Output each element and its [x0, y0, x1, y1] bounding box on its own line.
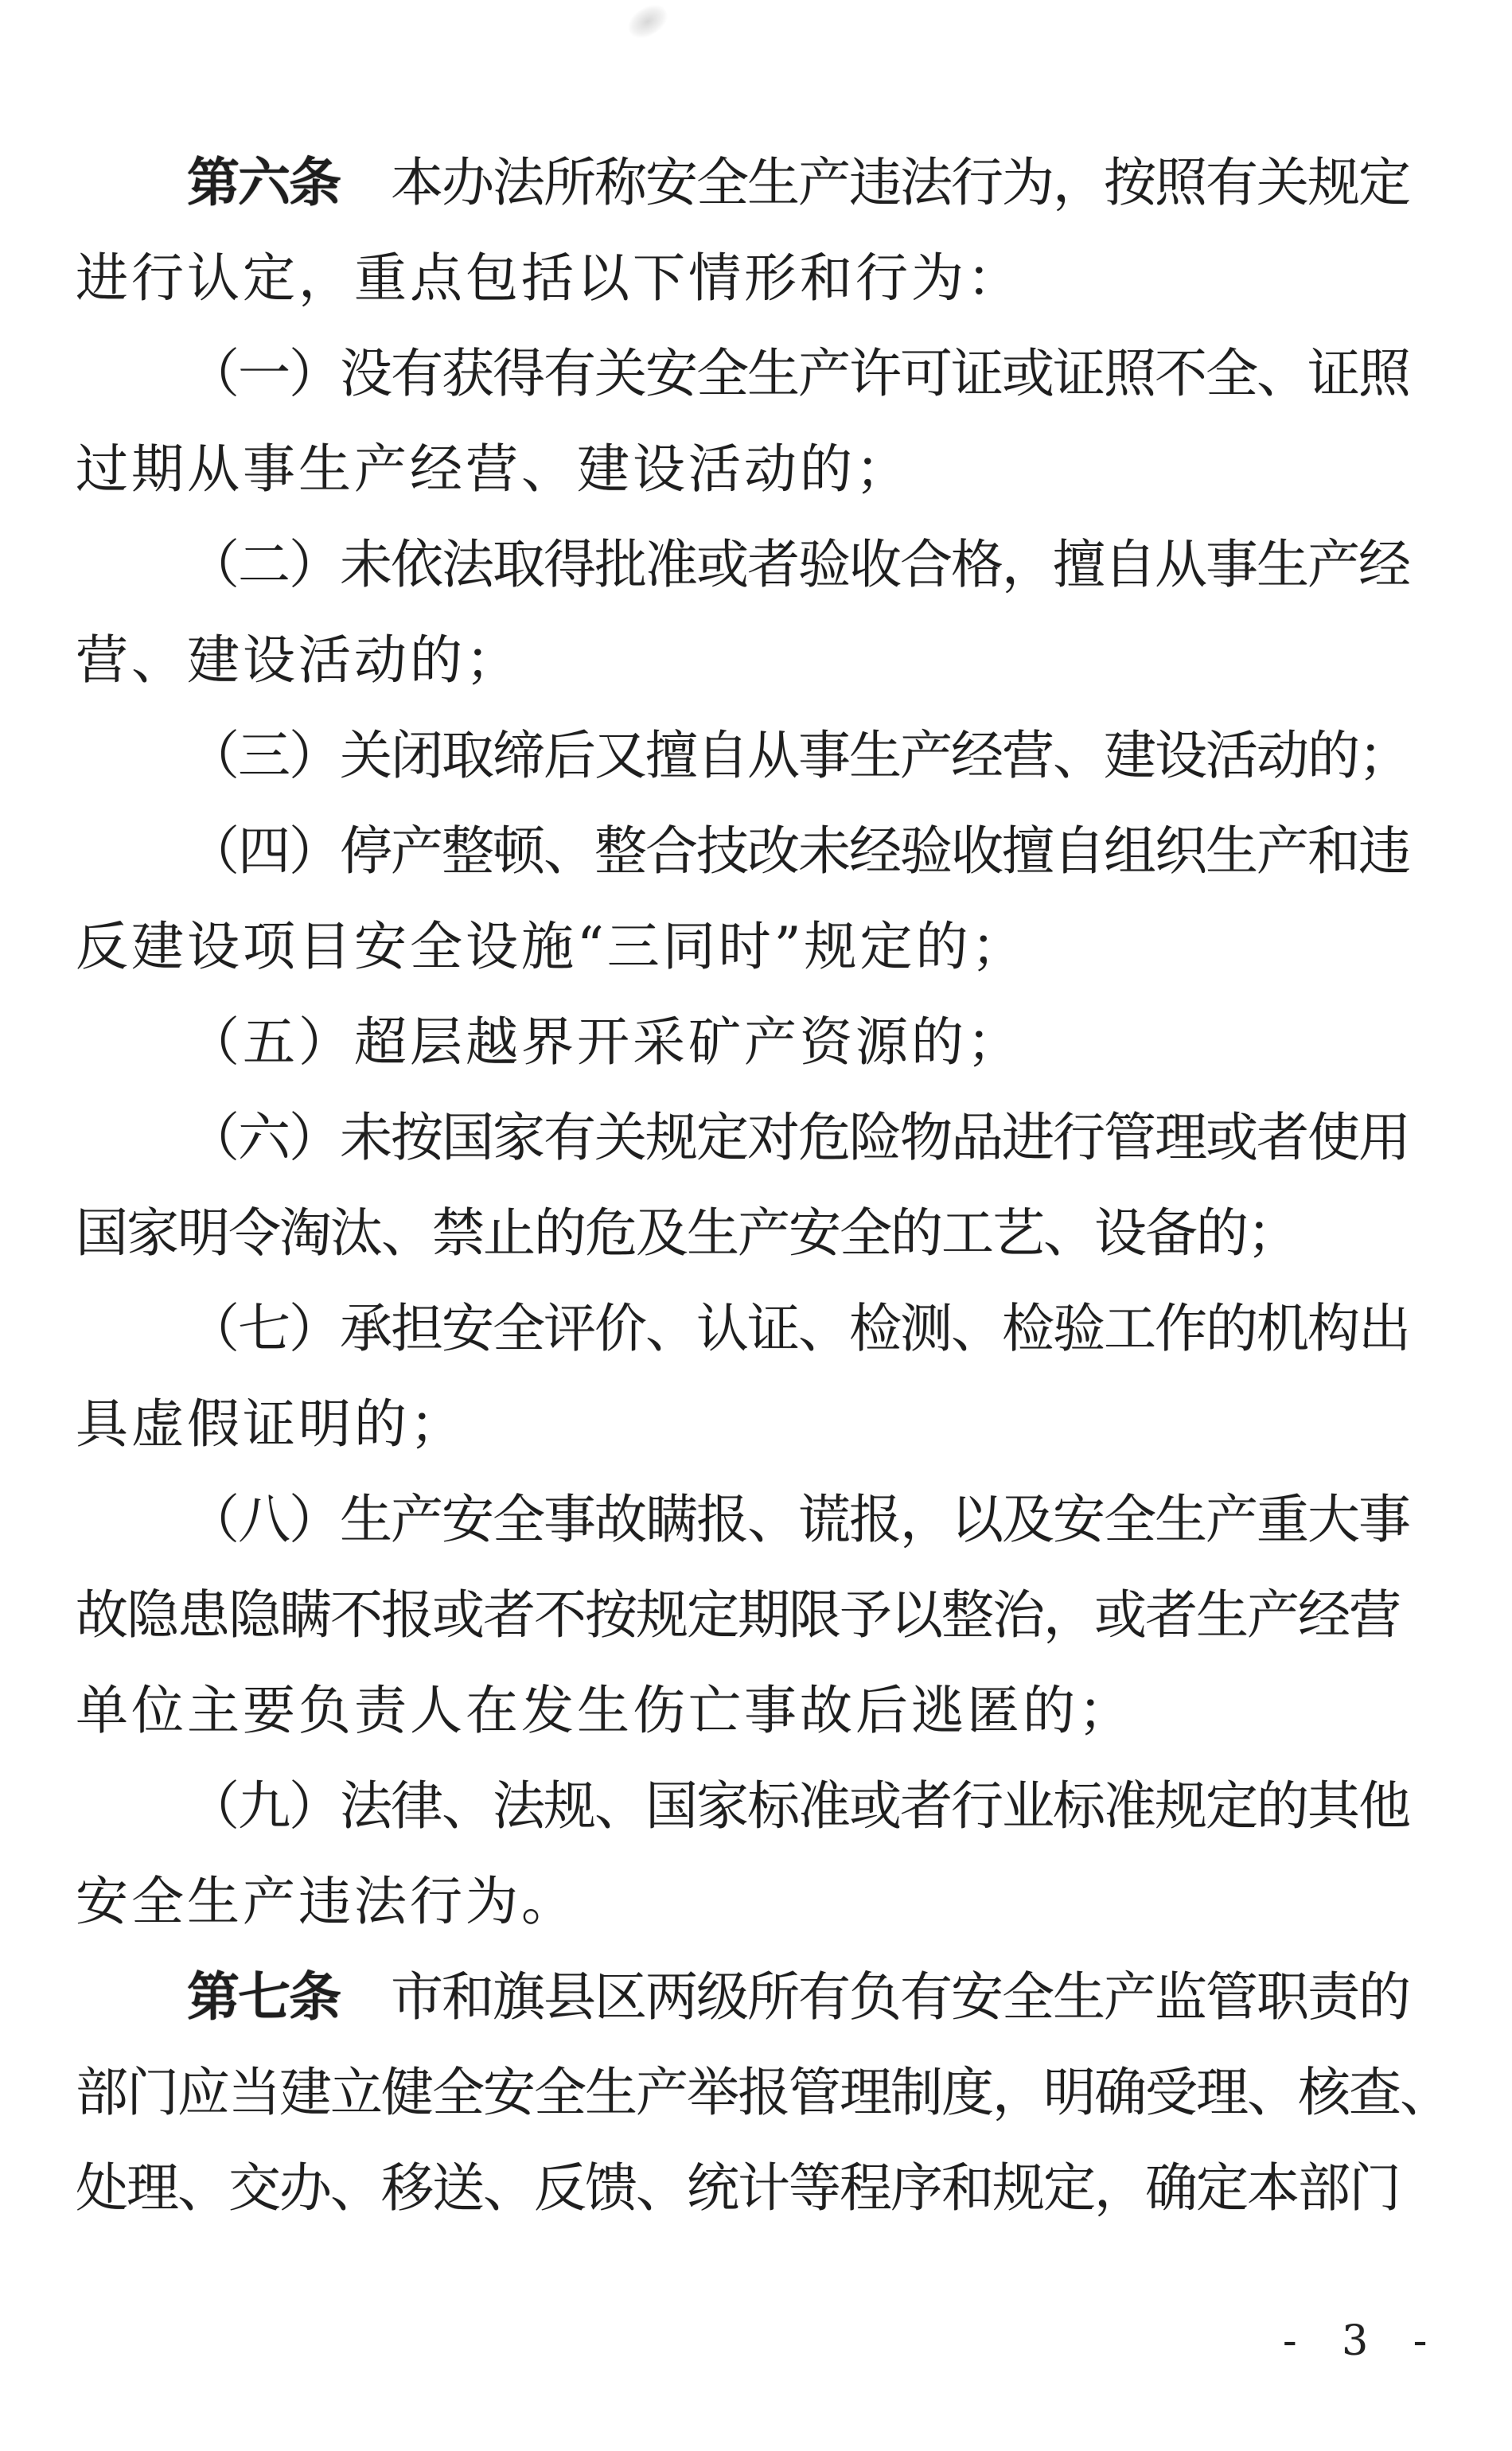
- document-body: 第六条 本办法所称安全生产违法行为，按照有关规定进行认定，重点包括以下情形和行为…: [76, 135, 1478, 2236]
- text-line: （六）未按国家有关规定对危险物品进行管理或者使用: [76, 1090, 1478, 1186]
- text-line: （五）超层越界开采矿产资源的；: [76, 995, 1478, 1090]
- line-text: 进行认定，重点包括以下情形和行为：: [76, 247, 1023, 309]
- text-line: 故隐患隐瞒不报或者不按规定期限予以整治，或者生产经营: [76, 1568, 1478, 1663]
- line-text: （九）法律、法规、国家标准或者行业标准规定的其他: [187, 1775, 1409, 1837]
- line-text: 营、建设活动的；: [76, 629, 521, 691]
- text-line: （八）生产安全事故瞒报、谎报，以及安全生产重大事: [76, 1472, 1478, 1568]
- text-line: （四）停产整顿、整合技改未经验收擅自组织生产和违: [76, 804, 1478, 899]
- text-line: 第六条 本办法所称安全生产违法行为，按照有关规定: [76, 135, 1478, 231]
- line-text: （六）未按国家有关规定对危险物品进行管理或者使用: [187, 1107, 1409, 1168]
- text-line: （一）没有获得有关安全生产许可证或证照不全、证照: [76, 326, 1478, 422]
- text-line: 处理、交办、移送、反馈、统计等程序和规定，确定本部门: [76, 2141, 1478, 2236]
- text-line: 安全生产违法行为。: [76, 1854, 1478, 1950]
- line-text: （二）未依法取得批准或者验收合格，擅自从事生产经: [187, 534, 1409, 595]
- text-line: 营、建设活动的；: [76, 613, 1478, 708]
- article-number-label: 第六条: [187, 152, 340, 213]
- line-text: 反建设项目安全设施“三同时”规定的；: [76, 916, 1027, 977]
- text-line: （七）承担安全评价、认证、检测、检验工作的机构出: [76, 1281, 1478, 1377]
- line-text: 单位主要负责人在发生伤亡事故后逃匿的；: [76, 1680, 1134, 1741]
- line-text: 过期从事生产经营、建设活动的；: [76, 438, 911, 500]
- line-text: （四）停产整顿、整合技改未经验收擅自组织生产和违: [187, 820, 1409, 882]
- line-text: 本办法所称安全生产违法行为，按照有关规定: [340, 152, 1409, 213]
- text-line: 反建设项目安全设施“三同时”规定的；: [76, 899, 1478, 995]
- line-text: 故隐患隐瞒不报或者不按规定期限予以整治，或者生产经营: [76, 1584, 1400, 1646]
- text-line: 第七条 市和旗县区两级所有负有安全生产监管职责的: [76, 1950, 1478, 2045]
- scan-artifact-smudge: [623, 0, 672, 44]
- line-text: 具虚假证明的；: [76, 1393, 466, 1455]
- line-text: 国家明令淘汰、禁止的危及生产安全的工艺、设备的；: [76, 1202, 1298, 1264]
- text-line: 具虚假证明的；: [76, 1377, 1478, 1472]
- page-number: - 3 -: [1283, 2317, 1438, 2365]
- text-line: 单位主要负责人在发生伤亡事故后逃匿的；: [76, 1663, 1478, 1759]
- scanned-document-page: 第六条 本办法所称安全生产违法行为，按照有关规定进行认定，重点包括以下情形和行为…: [0, 0, 1512, 2451]
- article-number-label: 第七条: [187, 1966, 340, 2028]
- line-text: 安全生产违法行为。: [76, 1871, 577, 1932]
- text-line: 部门应当建立健全安全生产举报管理制度，明确受理、核查、: [76, 2045, 1478, 2141]
- text-line: 过期从事生产经营、建设活动的；: [76, 422, 1478, 517]
- line-text: （一）没有获得有关安全生产许可证或证照不全、证照: [187, 343, 1409, 404]
- text-line: 进行认定，重点包括以下情形和行为：: [76, 231, 1478, 326]
- line-text: 处理、交办、移送、反馈、统计等程序和规定，确定本部门: [76, 2157, 1400, 2219]
- text-line: （三）关闭取缔后又擅自从事生产经营、建设活动的；: [76, 708, 1478, 804]
- line-text: （五）超层越界开采矿产资源的；: [187, 1011, 1023, 1073]
- line-text: 部门应当建立健全安全生产举报管理制度，明确受理、核查、: [76, 2062, 1451, 2123]
- text-line: （九）法律、法规、国家标准或者行业标准规定的其他: [76, 1759, 1478, 1854]
- line-text: 市和旗县区两级所有负有安全生产监管职责的: [340, 1966, 1409, 2028]
- line-text: （三）关闭取缔后又擅自从事生产经营、建设活动的；: [187, 725, 1409, 786]
- line-text: （七）承担安全评价、认证、检测、检验工作的机构出: [187, 1298, 1409, 1359]
- text-line: 国家明令淘汰、禁止的危及生产安全的工艺、设备的；: [76, 1186, 1478, 1281]
- line-text: （八）生产安全事故瞒报、谎报，以及安全生产重大事: [187, 1489, 1409, 1550]
- text-line: （二）未依法取得批准或者验收合格，擅自从事生产经: [76, 517, 1478, 613]
